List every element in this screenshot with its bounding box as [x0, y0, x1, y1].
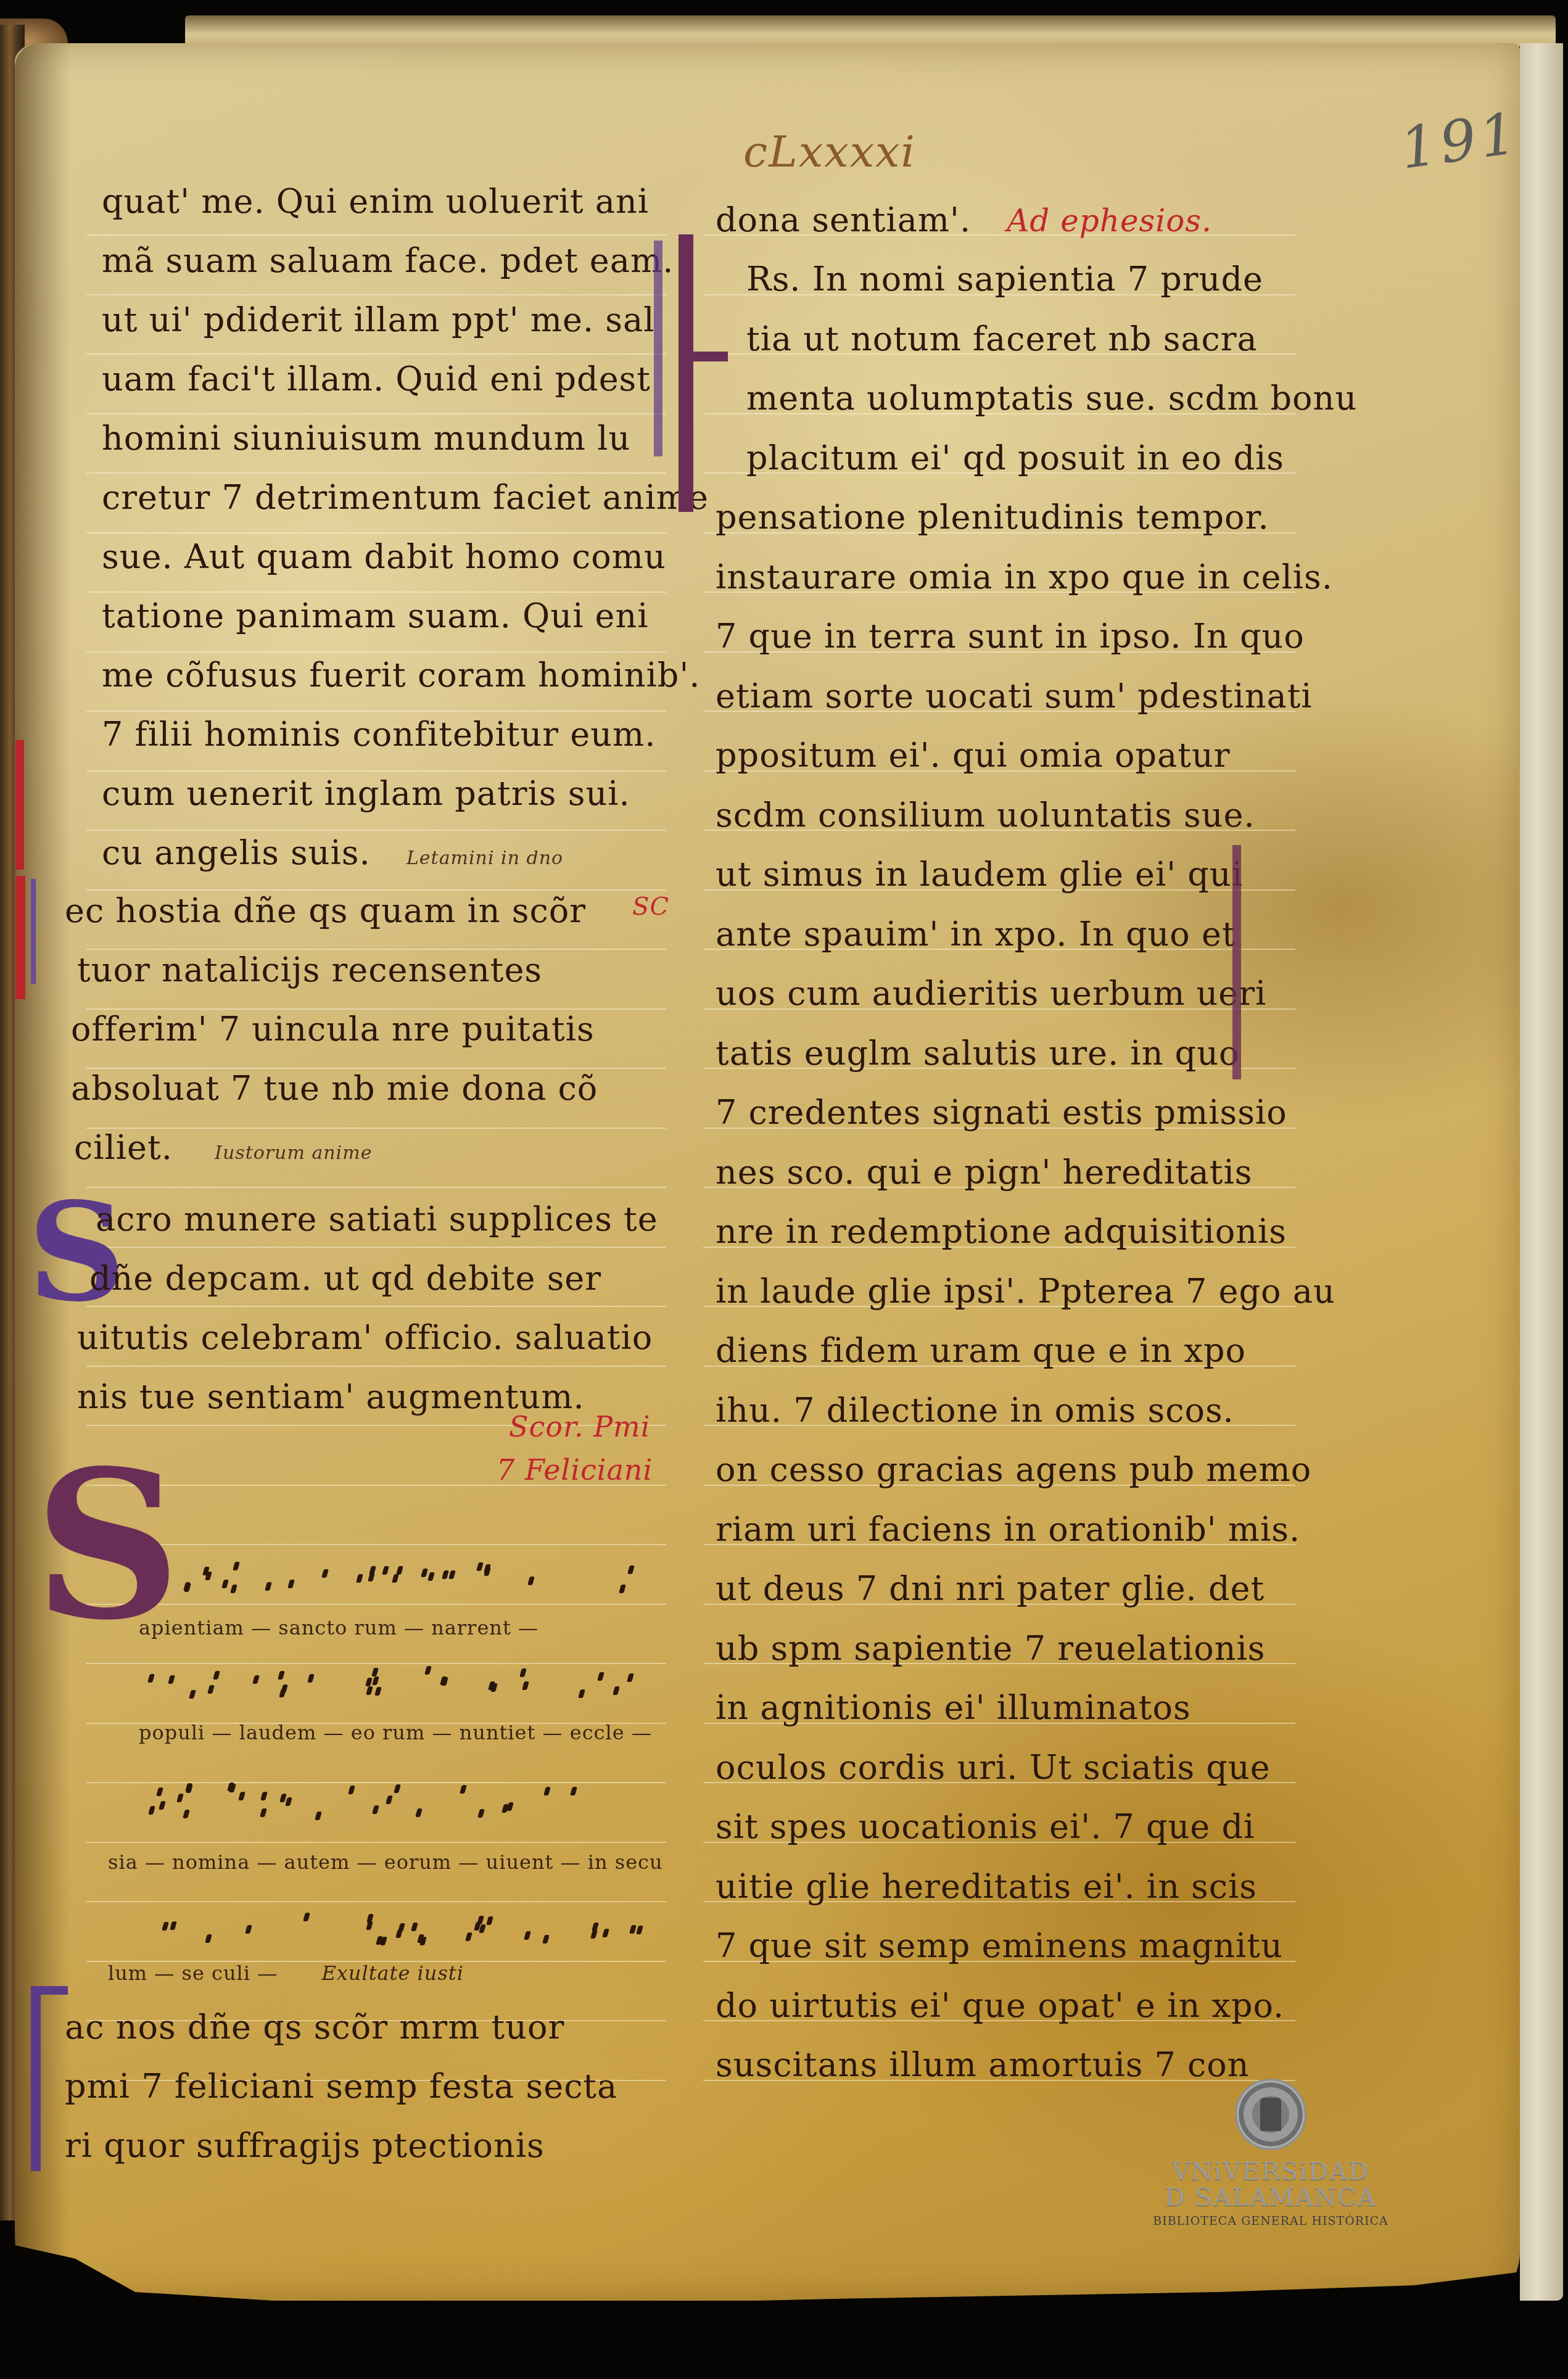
text-line: instaurare omia in xpo que in celis. — [716, 561, 1333, 594]
marginal-line-filler-icon — [1232, 845, 1241, 1079]
initial-f-bar-icon — [31, 1986, 68, 1995]
text-line: ut ui' pdiderit illam ppt' me. sal — [102, 303, 654, 337]
text-line: sit spes uocationis ei'. 7 que di — [716, 1810, 1255, 1844]
ruling-line — [86, 532, 666, 534]
initial-h-icon — [15, 876, 25, 999]
text-line: cu angelis suis. Letamini in dno — [102, 836, 563, 870]
text-line: absoluat 7 tue nb mie dona cõ — [71, 1072, 598, 1105]
initial-i-flourish-icon — [654, 241, 662, 456]
text-line: tatis euglm salutis ure. in quo — [716, 1037, 1239, 1070]
text-line: uitie glie hereditatis ei'. in scis — [716, 1870, 1257, 1903]
text-line: 7 filii hominis confitebitur eum. — [102, 718, 656, 751]
text-line: cum uenerit inglam patris sui. — [102, 777, 630, 810]
communion-cue: Iustorum anime — [215, 1142, 372, 1164]
ruling-line — [86, 1306, 666, 1307]
text-line: mã suam saluam face. pdet eam. — [102, 244, 674, 278]
ruling-line — [86, 413, 666, 414]
red-initial-i-icon — [15, 740, 24, 870]
ruling-line — [86, 651, 666, 653]
offertory-cue: Letamini in dno — [406, 847, 563, 869]
text-line: ut simus in laudem glie ei' qui — [716, 858, 1243, 891]
text-line: oculos cordis uri. Ut sciatis que — [716, 1751, 1271, 1784]
text-line: nre in redemptione adquisitionis — [716, 1215, 1287, 1248]
ruling-line — [86, 949, 666, 950]
ruling-line — [86, 472, 666, 474]
initial-h-inner-icon — [31, 879, 36, 984]
text-line: tia ut notum faceret nb sacra — [746, 323, 1258, 356]
text-line: uitutis celebram' officio. saluatio — [77, 1321, 653, 1354]
feast-rubric-line-1: Scor. Pmi — [509, 1412, 650, 1441]
feast-rubric-line-2: 7 Feliciani — [497, 1456, 653, 1484]
text-line: ut deus 7 dni nri pater glie. det — [716, 1572, 1265, 1606]
chant-text-line: apientiam — sancto rum — narrent — — [139, 1616, 538, 1639]
text-line: dñe depcam. ut qd debite ser — [89, 1262, 601, 1295]
text-line: uos cum audieritis uerbum ueri — [716, 977, 1266, 1010]
text-line: 7 que in terra sunt in ipso. In quo — [716, 620, 1305, 653]
ruling-line — [86, 770, 666, 772]
text-line: me cõfusus fuerit coram hominib'. — [102, 659, 700, 692]
ruling-line — [86, 1187, 666, 1188]
ruling-line — [86, 353, 666, 355]
text-line: nes sco. qui e pign' hereditatis — [716, 1156, 1252, 1189]
epistle-rubric: Ad ephesios. — [1007, 203, 1212, 239]
text-line: placitum ei' qd posuit in eo dis — [746, 442, 1284, 475]
text-line: 7 credentes signati estis pmissio — [716, 1096, 1287, 1129]
old-foliation: cLxxxxi — [743, 126, 916, 177]
text-line: pensatione plenitudinis tempor. — [716, 501, 1269, 534]
text-line: ante spauim' in xpo. In quo et — [716, 918, 1236, 951]
ruling-line — [86, 1366, 666, 1367]
ruling-line — [86, 1842, 666, 1843]
text-line: Rs. In nomi sapientia 7 prude — [746, 263, 1263, 296]
text-line: sue. Aut quam dabit homo comu — [102, 540, 666, 574]
ruling-line — [86, 1782, 666, 1783]
ruling-line — [86, 889, 666, 891]
ruling-line — [86, 1901, 666, 1902]
page-stack-top-edge — [185, 15, 1556, 46]
chant-text: lum — se culi — — [108, 1961, 278, 1985]
secret-rubric: SC — [632, 894, 669, 919]
chant-text-line: populi — laudem — eo rum — nuntiet — ecc… — [139, 1721, 652, 1744]
text-line: do uirtutis ei' que opat' e in xpo. — [716, 1989, 1284, 2022]
watermark-line-1: VNiVERSiDAD — [1129, 2159, 1413, 2185]
initial-i-serif-icon — [691, 352, 728, 361]
ruling-line — [86, 294, 666, 295]
text-line-content: cu angelis suis. — [102, 833, 371, 872]
text-line: in agnitionis ei' illuminatos — [716, 1691, 1191, 1725]
text-line: in laude glie ipsi'. Ppterea 7 ego au — [716, 1275, 1335, 1308]
ruling-line — [86, 234, 666, 236]
ruling-line — [86, 1247, 666, 1248]
text-line-content: ciliet. — [74, 1128, 173, 1167]
text-line: ihu. 7 dilectione in omis scos. — [716, 1394, 1234, 1427]
watermark-line-3: BIBLIOTECA GENERAL HISTÓRICA — [1129, 2214, 1413, 2228]
ruling-line — [86, 830, 666, 831]
text-line: tuor natalicijs recensentes — [77, 954, 542, 987]
library-watermark: VNiVERSiDAD D SALAMANCA BIBLIOTECA GENER… — [1129, 2079, 1413, 2228]
introit-cue: Exultate iusti — [321, 1961, 464, 1985]
text-line: ub spm sapientie 7 reuelationis — [716, 1632, 1265, 1665]
text-line: uam faci't illam. Quid eni pdest — [102, 363, 651, 396]
text-line: tatione panimam suam. Qui eni — [102, 600, 649, 633]
initial-f-icon — [31, 1986, 41, 2171]
text-line: on cesso gracias agens pub memo — [716, 1453, 1311, 1486]
text-line: menta uolumptatis sue. scdm bonu — [746, 382, 1357, 415]
text-line-content: dona sentiam'. — [716, 200, 971, 239]
text-line: quat' me. Qui enim uoluerit ani — [102, 185, 649, 218]
text-line: ciliet. Iustorum anime — [74, 1131, 372, 1165]
university-seal-icon — [1235, 2079, 1306, 2150]
text-line: ec hostia dñe qs quam in scõr — [65, 894, 586, 928]
text-line: suscitans illum amortuis 7 con — [716, 2048, 1250, 2082]
text-line: dona sentiam'. Ad ephesios. — [716, 204, 1212, 237]
text-line: riam uri faciens in orationib' mis. — [716, 1513, 1300, 1546]
text-line: acro munere satiati supplices te — [96, 1203, 658, 1236]
chant-text-line: lum — se culi — Exultate iusti — [108, 1961, 464, 1985]
page-stack-fore-edge — [1520, 43, 1563, 2301]
text-line: nis tue sentiam' augmentum. — [77, 1380, 585, 1414]
text-line: ppositum ei'. qui omia opatur — [716, 739, 1231, 772]
text-line: ac nos dñe qs scõr mrm tuor — [65, 2011, 564, 2044]
chant-text-line: sia — nomina — autem — eorum — uiuent — … — [108, 1850, 663, 1874]
watermark-line-2: D SALAMANCA — [1129, 2185, 1413, 2211]
text-line: etiam sorte uocati sum' pdestinati — [716, 680, 1313, 713]
text-line: cretur 7 detrimentum faciet anime — [102, 481, 709, 514]
ruling-line — [86, 711, 666, 712]
text-line: homini siuniuisum mundum lu — [102, 422, 630, 455]
text-line: 7 que sit semp eminens magnitu — [716, 1929, 1283, 1963]
text-line: diens fidem uram que e in xpo — [716, 1334, 1246, 1367]
text-line: ri quor suffragijs ptectionis — [65, 2129, 545, 2163]
ruling-line — [86, 592, 666, 593]
text-line: offerim' 7 uincula nre puitatis — [71, 1013, 595, 1046]
initial-i-icon — [679, 234, 693, 512]
text-line: pmi 7 feliciani semp festa secta — [65, 2070, 617, 2103]
text-line: scdm consilium uoluntatis sue. — [716, 799, 1255, 832]
